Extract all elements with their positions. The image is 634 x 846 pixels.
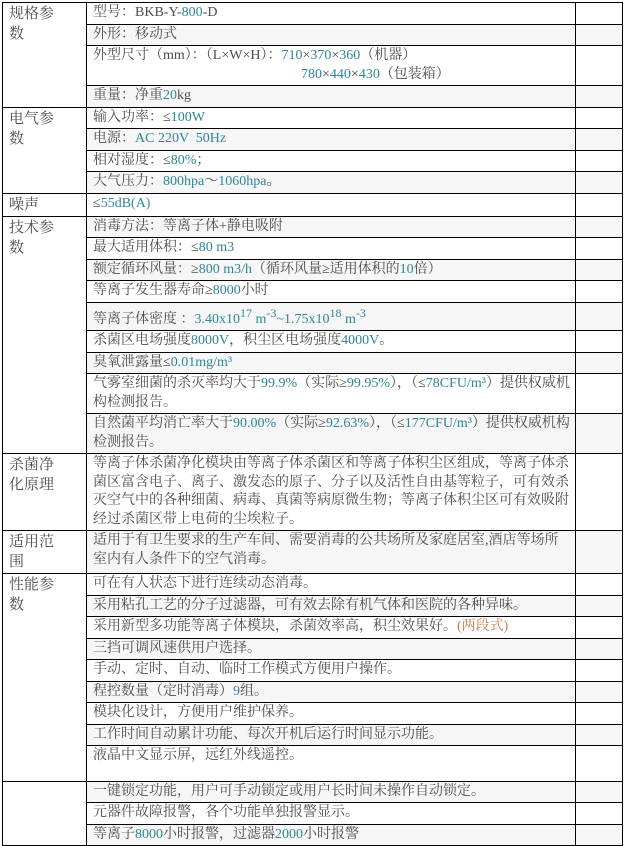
table-row: 电气参数输入功率：≤100W (3, 107, 623, 129)
table-row: 模块化设计，方便用户维护保养。 (3, 703, 623, 725)
empty-cell (576, 331, 623, 353)
table-row: 外型尺寸（mm）：（L×W×H）：710×370×360（机器）780×440×… (3, 46, 623, 86)
spec-text-cell: 杀菌区电场强度8000V，积尘区电场强度4000V。 (87, 331, 576, 353)
value-text: 20 (163, 88, 177, 103)
spec-text: 倍） (414, 262, 442, 277)
table-row: 性能参数可在有人状态下进行连续动态消毒。 (3, 574, 623, 596)
spec-text-cell: 最大适用体积：≤80 m3 (87, 238, 576, 260)
spec-text: 自然菌平均消亡率大于 (93, 416, 233, 431)
empty-cell (576, 281, 623, 303)
section-label: 噪声 (3, 193, 87, 216)
value-text: 800 m3/h (199, 262, 252, 277)
table-row: 相对湿度：≤80%； (3, 150, 623, 172)
spec-text-line: 气雾室细菌的杀灭率均大于99.9%（实际≥99.95%），（≤78CFU/m³）… (93, 375, 571, 412)
empty-cell (576, 3, 623, 25)
highlight-text: (两段式) (457, 619, 508, 634)
spec-text-line: 型号：BKB-Y-800-D (93, 4, 571, 23)
value-text: 99.9% (261, 376, 297, 391)
spec-text: 采用粘孔工艺的分子过滤器，可有效去除有机气体和医院的各种异味。 (93, 598, 527, 613)
spec-text: 额定循环风量：≥ (93, 262, 199, 277)
spec-text-line: 手动、定时、自动、临时工作模式方便用户操作。 (93, 661, 571, 680)
spec-text: 消毒方法：等离子体+静电吸附 (93, 219, 283, 234)
section-label-text: 规格参数 (9, 4, 57, 44)
section-label-text: 性能参数 (9, 575, 57, 615)
value-text: 8000 (213, 283, 241, 298)
empty-cell (576, 746, 623, 782)
spec-text-cell: 可在有人状态下进行连续动态消毒。 (87, 574, 576, 596)
spec-text: 手动、定时、自动、临时工作模式方便用户操作。 (93, 662, 401, 677)
spec-text: 等离子体密度 ： (93, 312, 195, 327)
empty-cell (576, 302, 623, 331)
section-label: 规格参数 (3, 3, 87, 108)
empty-cell (576, 703, 623, 725)
spec-text-line: 采用粘孔工艺的分子过滤器，可有效去除有机气体和医院的各种异味。 (93, 597, 571, 616)
spec-text-cell: 采用粘孔工艺的分子过滤器，可有效去除有机气体和医院的各种异味。 (87, 595, 576, 617)
empty-cell (576, 150, 623, 172)
spec-text-line: 一键锁定功能，用户可手动锁定或用户长时间未操作自动锁定。 (93, 783, 571, 802)
value-text: 780 (301, 67, 322, 82)
value-text: 430 (359, 67, 380, 82)
section-label: 电气参数 (3, 107, 87, 193)
spec-text-cell: 臭氧泄露量≤0.01mg/m³ (87, 352, 576, 374)
spec-text: 可在有人状态下进行连续动态消毒。 (93, 576, 317, 591)
spec-text: 型号： (93, 5, 135, 20)
table-row: 等离子体密度 ：3.40x1017 m-3~1.75x1018 m-3 (3, 302, 623, 331)
value-text: -3 (266, 306, 276, 320)
table-row: 外形：移动式 (3, 24, 623, 46)
spec-text-cell: 电源：AC 220V 50Hz (87, 129, 576, 151)
spec-text-line: 采用新型多功能等离子体模块，杀菌效率高，积尘效果好。(两段式) (93, 618, 571, 637)
spec-text-cell: 大气压力：800hpa～1060hpa。 (87, 172, 576, 194)
value-text: 1060hpa (218, 174, 266, 189)
spec-text: 等离子体杀菌净化模块由等离子体杀菌区和等离子体积尘区组成，等离子体杀菌区富含电子… (93, 456, 569, 527)
value-text: ~1.75x10 (276, 312, 329, 327)
spec-text: 程控数量（定时消毒） (93, 684, 233, 699)
section-label: 适用范围 (3, 531, 87, 574)
table-row: 电源：AC 220V 50Hz (3, 129, 623, 151)
value-text: 99.95% (347, 376, 390, 391)
spec-document: 规格参数型号：BKB-Y-800-D外形：移动式外型尺寸（mm）：（L×W×H）… (2, 2, 623, 811)
spec-text: 输入功率：≤ (93, 110, 171, 125)
value-text: 177CFU/m³ (405, 416, 472, 431)
empty-cell (576, 414, 623, 454)
spec-text: （包装箱） (380, 67, 450, 82)
spec-text-line: 重量：净重20kg (93, 87, 571, 106)
value-text: 360 (339, 48, 360, 63)
spec-text-line: 臭氧泄露量≤0.01mg/m³ (93, 354, 571, 373)
table-row: 额定循环风量：≥800 m3/h（循环风量≥适用体积的10倍） (3, 259, 623, 281)
value-text: 0.01mg/m³ (171, 355, 232, 370)
spec-text: 组。 (240, 684, 268, 699)
empty-cell (576, 681, 623, 703)
value-text: 4000V (341, 333, 379, 348)
spec-text-cell: 额定循环风量：≥800 m3/h（循环风量≥适用体积的10倍） (87, 259, 576, 281)
spec-text-cell: 相对湿度：≤80%； (87, 150, 576, 172)
value-text: 80 m3 (199, 240, 234, 255)
spec-text-cell: 外型尺寸（mm）：（L×W×H）：710×370×360（机器）780×440×… (87, 46, 576, 86)
value-text: m (341, 312, 355, 327)
spec-text: 小时 (241, 283, 269, 298)
value-text: 18 (329, 306, 341, 320)
value-text: m (252, 312, 266, 327)
spec-table: 规格参数型号：BKB-Y-800-D外形：移动式外型尺寸（mm）：（L×W×H）… (2, 2, 623, 811)
spec-text: ； (196, 153, 210, 168)
empty-cell (576, 193, 623, 216)
spec-text: 外形：移动式 (93, 27, 177, 42)
spec-text-line: ≤55dB(A) (93, 195, 571, 214)
spec-text: （实际≥ (276, 416, 326, 431)
empty-cell (576, 238, 623, 260)
spec-text-line: 输入功率：≤100W (93, 109, 571, 128)
spec-text: 最大适用体积：≤ (93, 240, 199, 255)
section-label-text: 噪声 (9, 195, 57, 215)
spec-text-line: 可在有人状态下进行连续动态消毒。 (93, 575, 571, 594)
table-row: 等离子发生器寿命≥8000小时 (3, 281, 623, 303)
table-row: 臭氧泄露量≤0.01mg/m³ (3, 352, 623, 374)
spec-text: 大气压力： (93, 174, 163, 189)
table-row: 一键锁定功能，用户可手动锁定或用户长时间未操作自动锁定。 (3, 781, 623, 803)
spec-text-cell: 重量：净重20kg (87, 86, 576, 108)
spec-text-cell: 自然菌平均消亡率大于90.00%（实际≥92.63%），（≤177CFU/m³）… (87, 414, 576, 454)
spec-text-cell: 等离子发生器寿命≥8000小时 (87, 281, 576, 303)
spec-text: 元器件故障报警，各个功能单独报警显示。 (93, 805, 359, 811)
spec-text: 工作时间自动累计功能、每次开机后运行时间显示功能。 (93, 727, 443, 742)
spec-text: 杀菌区电场强度 (93, 333, 191, 348)
value-text: 8000V (191, 333, 229, 348)
empty-cell (576, 454, 623, 531)
empty-cell (576, 660, 623, 682)
spec-text: ），（≤ (390, 376, 426, 391)
spec-text: 电源： (93, 131, 135, 146)
value-text: 10 (400, 262, 414, 277)
value-text: 800hpa (163, 174, 204, 189)
table-row: 噪声≤55dB(A) (3, 193, 623, 216)
spec-text: kg (177, 88, 191, 103)
spec-text: （循环风量≥适用体积的 (252, 262, 400, 277)
spec-text-line: 液晶中文显示屏，远红外线遥控。 (93, 747, 571, 766)
spec-text: BKB-Y- (135, 5, 182, 20)
spec-text: ～ (204, 174, 218, 189)
spec-text: × (351, 67, 359, 82)
value-text: 370 (310, 48, 331, 63)
spec-text: 相对湿度：≤ (93, 153, 171, 168)
table-row: 技术参数消毒方法：等离子体+静电吸附 (3, 216, 623, 238)
empty-cell (576, 172, 623, 194)
empty-cell (576, 724, 623, 746)
section-label-text: 技术参数 (9, 218, 57, 258)
spec-text: ），（≤ (369, 416, 405, 431)
table-row: 工作时间自动累计功能、每次开机后运行时间显示功能。 (3, 724, 623, 746)
table-row: 元器件故障报警，各个功能单独报警显示。 (3, 803, 623, 812)
section-label: 技术参数 (3, 216, 87, 454)
table-row: 程控数量（定时消毒）9组。 (3, 681, 623, 703)
spec-text: 气雾室细菌的杀灭率均大于 (93, 376, 261, 391)
spec-text: 重量：净重 (93, 88, 163, 103)
empty-cell (576, 24, 623, 46)
empty-cell (576, 216, 623, 238)
section-label-text: 杀菌净化原理 (9, 455, 57, 495)
value-text: 80% (171, 153, 197, 168)
spec-text-line: 外型尺寸（mm）：（L×W×H）：710×370×360（机器） (93, 47, 571, 66)
spec-text-cell: 工作时间自动累计功能、每次开机后运行时间显示功能。 (87, 724, 576, 746)
table-row: 杀菌区电场强度8000V，积尘区电场强度4000V。 (3, 331, 623, 353)
empty-cell (576, 781, 623, 803)
spec-text: 一键锁定功能，用户可手动锁定或用户长时间未操作自动锁定。 (93, 784, 485, 799)
value-text: 78CFU/m³ (426, 376, 486, 391)
value-text: 9 (233, 684, 240, 699)
spec-text-line: 等离子体杀菌净化模块由等离子体杀菌区和等离子体积尘区组成，等离子体杀菌区富含电子… (93, 455, 571, 529)
table-row: 适用范围适用于有卫生要求的生产车间、需要消毒的公共场所及家庭居室,酒店等场所室内… (3, 531, 623, 574)
spec-text-line: 外形：移动式 (93, 26, 571, 45)
table-row: 三挡可调风速供用户选择。 (3, 638, 623, 660)
spec-text: 。 (379, 333, 393, 348)
value-text: 3.40x10 (195, 312, 241, 327)
spec-text-line: 三挡可调风速供用户选择。 (93, 640, 571, 659)
spec-text-cell: 三挡可调风速供用户选择。 (87, 638, 576, 660)
spec-text: -D (203, 5, 218, 20)
spec-text: 臭氧泄露量≤ (93, 355, 171, 370)
spec-text-line: 电源：AC 220V 50Hz (93, 130, 571, 149)
spec-text: 。 (266, 174, 280, 189)
table-row: 气雾室细菌的杀灭率均大于99.9%（实际≥99.95%），（≤78CFU/m³）… (3, 374, 623, 414)
spec-text-cell: 程控数量（定时消毒）9组。 (87, 681, 576, 703)
value-text: 92.63% (326, 416, 369, 431)
value-text: 710 (281, 48, 302, 63)
spec-text-line: 780×440×430（包装箱） (93, 66, 571, 85)
empty-cell (576, 595, 623, 617)
spec-text-cell: 采用新型多功能等离子体模块，杀菌效率高，积尘效果好。(两段式) (87, 617, 576, 639)
table-row: 手动、定时、自动、临时工作模式方便用户操作。 (3, 660, 623, 682)
empty-cell (576, 86, 623, 108)
value-text: 100W (171, 110, 205, 125)
spec-text: 液晶中文显示屏，远红外线遥控。 (93, 748, 303, 763)
spec-text: 外型尺寸（mm）：（L×W×H）： (93, 48, 281, 63)
spec-text-cell: ≤55dB(A) (87, 193, 576, 216)
spec-text-cell: 气雾室细菌的杀灭率均大于99.9%（实际≥99.95%），（≤78CFU/m³）… (87, 374, 576, 414)
spec-text-line: 最大适用体积：≤80 m3 (93, 239, 571, 258)
spec-text-line: 相对湿度：≤80%； (93, 152, 571, 171)
empty-cell (576, 129, 623, 151)
empty-cell (576, 574, 623, 596)
table-row: 杀菌净化原理等离子体杀菌净化模块由等离子体杀菌区和等离子体积尘区组成，等离子体杀… (3, 454, 623, 531)
section-label: 杀菌净化原理 (3, 454, 87, 531)
section-label-text: 电气参数 (9, 109, 57, 149)
spec-text-cell: 一键锁定功能，用户可手动锁定或用户长时间未操作自动锁定。 (87, 781, 576, 803)
spec-text: （机器） (360, 48, 416, 63)
spec-text-line: 额定循环风量：≥800 m3/h（循环风量≥适用体积的10倍） (93, 261, 571, 280)
spec-text-line: 模块化设计，方便用户维护保养。 (93, 704, 571, 723)
empty-cell (576, 259, 623, 281)
spec-text-cell: 输入功率：≤100W (87, 107, 576, 129)
empty-cell (576, 107, 623, 129)
value-text: 17 (240, 306, 252, 320)
empty-cell (576, 531, 623, 574)
spec-text-line: 工作时间自动累计功能、每次开机后运行时间显示功能。 (93, 726, 571, 745)
spec-text: 等离子发生器寿命≥ (93, 283, 213, 298)
empty-cell (576, 638, 623, 660)
spec-text-cell: 手动、定时、自动、临时工作模式方便用户操作。 (87, 660, 576, 682)
spec-text-cell: 液晶中文显示屏，远红外线遥控。 (87, 746, 576, 782)
spec-text-cell: 型号：BKB-Y-800-D (87, 3, 576, 25)
spec-text-line: 等离子发生器寿命≥8000小时 (93, 282, 571, 301)
spec-text-cell: 元器件故障报警，各个功能单独报警显示。 (87, 803, 576, 812)
spec-text-cell: 适用于有卫生要求的生产车间、需要消毒的公共场所及家庭居室,酒店等场所室内有人条件… (87, 531, 576, 574)
spec-text-cell: 等离子体密度 ：3.40x1017 m-3~1.75x1018 m-3 (87, 302, 576, 331)
value-text: 800 (182, 5, 203, 20)
table-row: 自然菌平均消亡率大于90.00%（实际≥92.63%），（≤177CFU/m³）… (3, 414, 623, 454)
value-text: -3 (356, 306, 366, 320)
table-row: 最大适用体积：≤80 m3 (3, 238, 623, 260)
value-text: AC 220V 50Hz (135, 131, 226, 146)
empty-cell (576, 803, 623, 812)
spec-text-line: 程控数量（定时消毒）9组。 (93, 683, 571, 702)
section-label (3, 781, 87, 811)
table-row: 采用新型多功能等离子体模块，杀菌效率高，积尘效果好。(两段式) (3, 617, 623, 639)
spec-text: 三挡可调风速供用户选择。 (93, 641, 261, 656)
spec-text: （实际≥ (297, 376, 347, 391)
table-row: 采用粘孔工艺的分子过滤器，可有效去除有机气体和医院的各种异味。 (3, 595, 623, 617)
spec-text-line: 元器件故障报警，各个功能单独报警显示。 (93, 804, 571, 811)
spec-text: ，积尘区电场强度 (229, 333, 341, 348)
empty-cell (576, 352, 623, 374)
table-row: 大气压力：800hpa～1060hpa。 (3, 172, 623, 194)
spec-text-line: 适用于有卫生要求的生产车间、需要消毒的公共场所及家庭居室,酒店等场所室内有人条件… (93, 532, 571, 569)
section-label: 性能参数 (3, 574, 87, 782)
spec-text-line: 自然菌平均消亡率大于90.00%（实际≥92.63%），（≤177CFU/m³）… (93, 415, 571, 452)
table-row: 重量：净重20kg (3, 86, 623, 108)
empty-cell (576, 374, 623, 414)
spec-text-cell: 等离子体杀菌净化模块由等离子体杀菌区和等离子体积尘区组成，等离子体杀菌区富含电子… (87, 454, 576, 531)
spec-text-cell: 消毒方法：等离子体+静电吸附 (87, 216, 576, 238)
spec-text-cell: 外形：移动式 (87, 24, 576, 46)
spec-text: 采用新型多功能等离子体模块，杀菌效率高，积尘效果好。 (93, 619, 457, 634)
spec-text-line: 等离子体密度 ：3.40x1017 m-3~1.75x1018 m-3 (93, 304, 571, 330)
spec-text-line: 杀菌区电场强度8000V，积尘区电场强度4000V。 (93, 332, 571, 351)
spec-text: 适用于有卫生要求的生产车间、需要消毒的公共场所及家庭居室,酒店等场所室内有人条件… (93, 533, 559, 567)
value-text: 90.00% (233, 416, 276, 431)
table-row: 液晶中文显示屏，远红外线遥控。 (3, 746, 623, 782)
spec-text-line: 消毒方法：等离子体+静电吸附 (93, 218, 571, 237)
value-text: 55dB(A) (101, 196, 151, 211)
section-label-text: 适用范围 (9, 532, 57, 572)
spec-text: ≤ (93, 196, 101, 211)
spec-text-cell: 模块化设计，方便用户维护保养。 (87, 703, 576, 725)
empty-cell (576, 617, 623, 639)
spec-text: × (322, 67, 330, 82)
spec-text: 模块化设计，方便用户维护保养。 (93, 705, 303, 720)
spec-text-line: 大气压力：800hpa～1060hpa。 (93, 173, 571, 192)
table-row: 规格参数型号：BKB-Y-800-D (3, 3, 623, 25)
empty-cell (576, 46, 623, 86)
value-text: 440 (330, 67, 351, 82)
spec-table-body: 规格参数型号：BKB-Y-800-D外形：移动式外型尺寸（mm）：（L×W×H）… (3, 3, 623, 812)
